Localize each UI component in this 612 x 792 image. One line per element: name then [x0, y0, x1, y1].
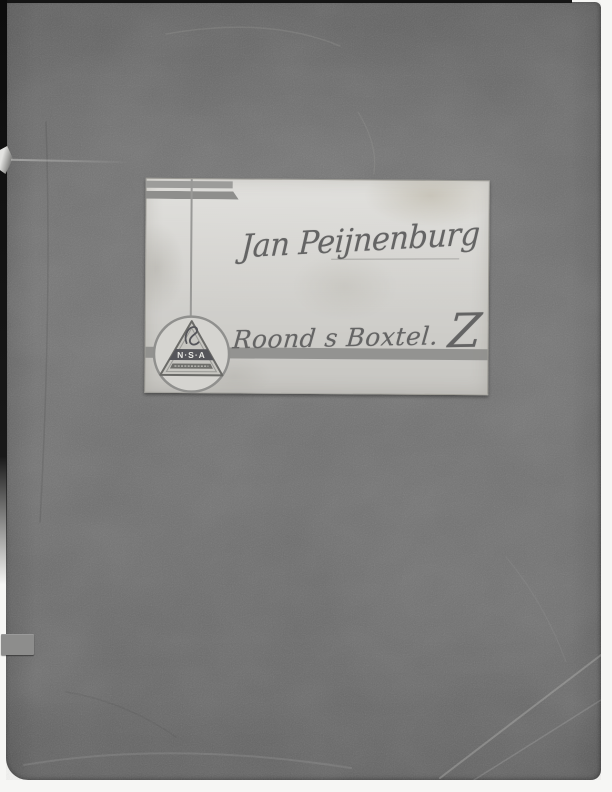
- scan-edge-left: [0, 0, 7, 585]
- scanned-page: N·S·A Jan Peijnenburg Roond s Boxtel.Z: [0, 0, 612, 792]
- label-vertical-rule: [190, 179, 193, 319]
- scan-edge-top: [6, 0, 572, 3]
- handwritten-location-text: Roond s Boxtel.: [232, 321, 440, 354]
- cover-creases: [24, 27, 601, 780]
- handwritten-monogram: Z: [449, 332, 482, 333]
- logo-text: N·S·A: [177, 350, 206, 360]
- binding-staple-tab: [1, 634, 34, 655]
- paper-label: N·S·A Jan Peijnenburg Roond s Boxtel.Z: [144, 178, 489, 395]
- notebook-cover: N·S·A Jan Peijnenburg Roond s Boxtel.Z: [6, 2, 601, 780]
- nsa-triangle-circle-logo-icon: N·S·A: [148, 312, 235, 395]
- handwritten-location-line: Roond s Boxtel.Z: [232, 321, 483, 355]
- label-top-stripe-upper: [146, 181, 233, 189]
